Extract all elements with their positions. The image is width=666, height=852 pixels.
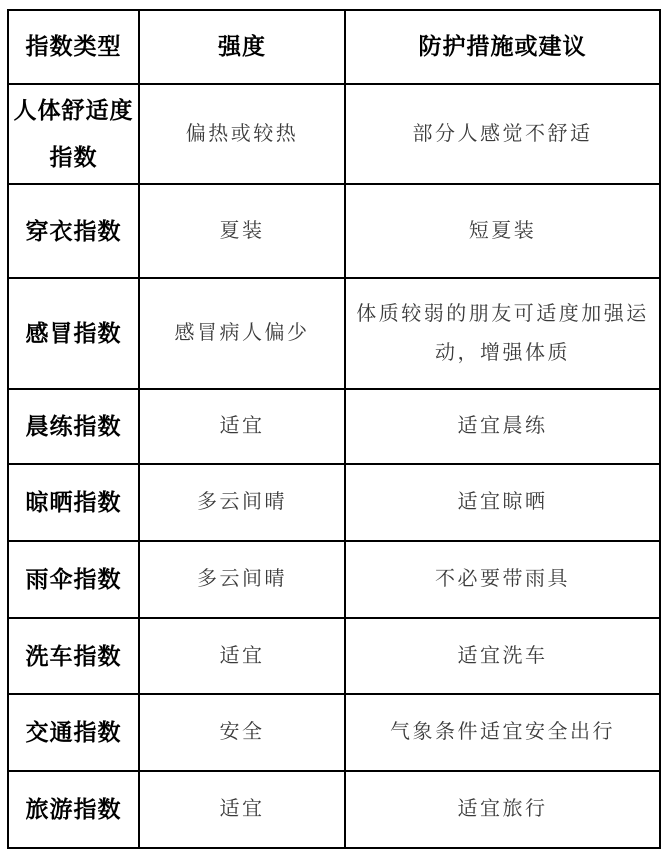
column-header-2: 强度 (139, 10, 345, 84)
index-type-cell: 雨伞指数 (8, 541, 139, 618)
advice-cell: 短夏装 (345, 184, 660, 278)
table-row: 穿衣指数夏装短夏装 (8, 184, 660, 278)
advice-cell: 不必要带雨具 (345, 541, 660, 618)
index-type-cell: 人体舒适度指数 (8, 84, 139, 184)
index-type-cell: 洗车指数 (8, 618, 139, 694)
index-type-cell: 穿衣指数 (8, 184, 139, 278)
intensity-cell: 感冒病人偏少 (139, 278, 345, 389)
table-row: 晨练指数适宜适宜晨练 (8, 389, 660, 464)
column-header-3: 防护措施或建议 (345, 10, 660, 84)
table-row: 感冒指数感冒病人偏少体质较弱的朋友可适度加强运动，增强体质 (8, 278, 660, 389)
table-row: 雨伞指数多云间晴不必要带雨具 (8, 541, 660, 618)
index-type-cell: 晾晒指数 (8, 464, 139, 541)
advice-cell: 体质较弱的朋友可适度加强运动，增强体质 (345, 278, 660, 389)
table-row: 人体舒适度指数偏热或较热部分人感觉不舒适 (8, 84, 660, 184)
intensity-cell: 偏热或较热 (139, 84, 345, 184)
index-type-cell: 感冒指数 (8, 278, 139, 389)
advice-cell: 适宜洗车 (345, 618, 660, 694)
intensity-cell: 适宜 (139, 389, 345, 464)
advice-cell: 部分人感觉不舒适 (345, 84, 660, 184)
header-row: 指数类型强度防护措施或建议 (8, 10, 660, 84)
intensity-cell: 多云间晴 (139, 464, 345, 541)
intensity-cell: 多云间晴 (139, 541, 345, 618)
advice-cell: 适宜晾晒 (345, 464, 660, 541)
table-row: 旅游指数适宜适宜旅行 (8, 771, 660, 848)
advice-cell: 适宜晨练 (345, 389, 660, 464)
weather-index-table: 指数类型强度防护措施或建议 人体舒适度指数偏热或较热部分人感觉不舒适穿衣指数夏装… (7, 9, 661, 849)
advice-cell: 气象条件适宜安全出行 (345, 694, 660, 771)
advice-cell: 适宜旅行 (345, 771, 660, 848)
intensity-cell: 适宜 (139, 771, 345, 848)
intensity-cell: 安全 (139, 694, 345, 771)
table-row: 交通指数安全气象条件适宜安全出行 (8, 694, 660, 771)
intensity-cell: 夏装 (139, 184, 345, 278)
index-type-cell: 交通指数 (8, 694, 139, 771)
index-type-cell: 旅游指数 (8, 771, 139, 848)
index-type-cell: 晨练指数 (8, 389, 139, 464)
table-row: 晾晒指数多云间晴适宜晾晒 (8, 464, 660, 541)
intensity-cell: 适宜 (139, 618, 345, 694)
page: 指数类型强度防护措施或建议 人体舒适度指数偏热或较热部分人感觉不舒适穿衣指数夏装… (0, 0, 666, 852)
column-header-1: 指数类型 (8, 10, 139, 84)
table-row: 洗车指数适宜适宜洗车 (8, 618, 660, 694)
